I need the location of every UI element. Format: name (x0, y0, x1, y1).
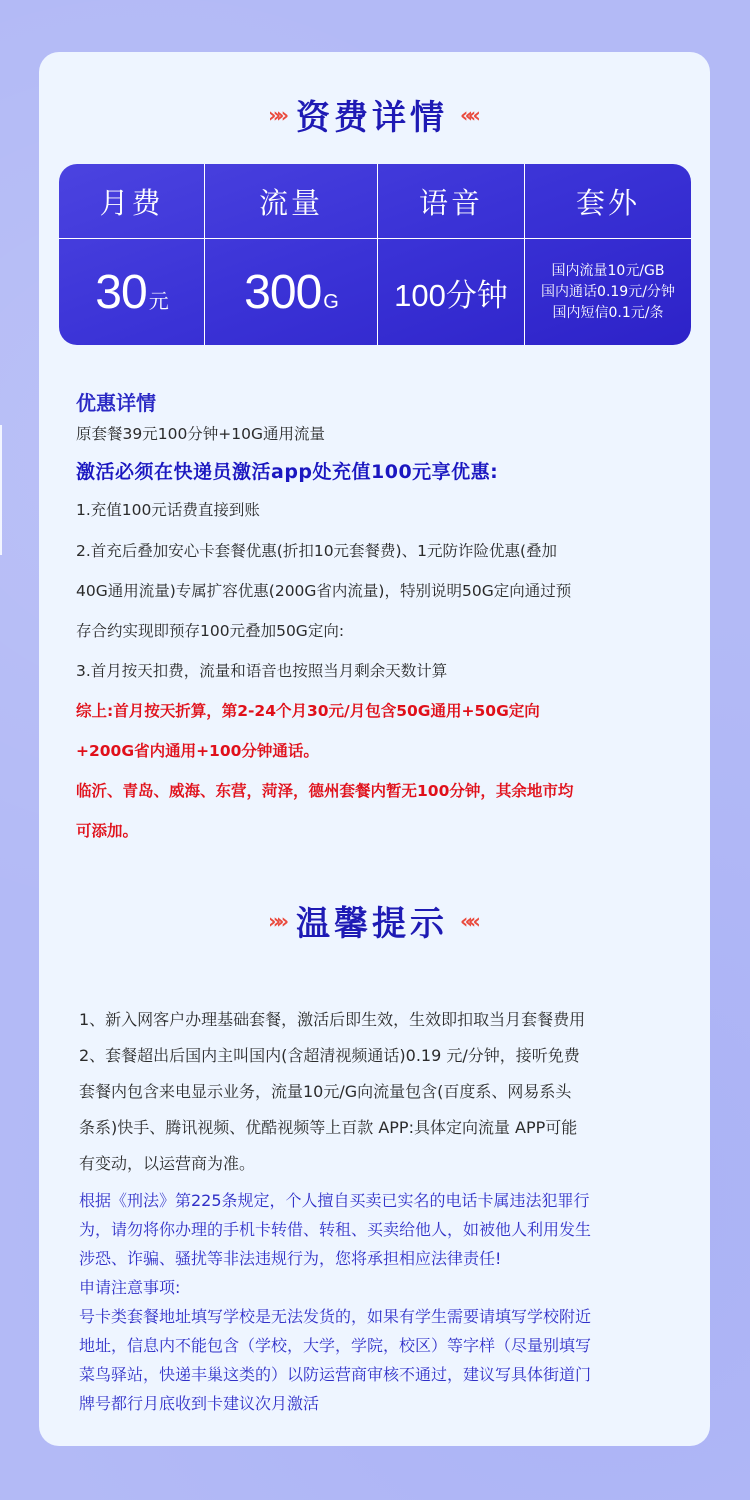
extra-sms-rate: 国内短信0.1元/条 (553, 303, 664, 324)
tips-section-title: 温馨提示 (296, 896, 448, 945)
summary-line-2: +200G省内通用+100分钟通话。 (76, 731, 696, 771)
tip-line-4: 条系)快手、腾讯视频、优酷视频等上百款 APP:具体定向流量 APP可能 (79, 1110, 699, 1146)
summary-line-1: 综上:首月按天折算，第2-24个月30元/月包含50G通用+50G定向 (76, 691, 696, 731)
double-chevron-right-icon: »» (268, 105, 284, 125)
tips-section-header: »» 温馨提示 «« (39, 896, 710, 945)
extra-data-rate: 国内流量10元/GB (552, 261, 665, 282)
tip-line-5: 有变动，以运营商为准。 (79, 1146, 699, 1182)
tip-line-1: 1、新入网客户办理基础套餐，激活后即生效，生效即扣取当月套餐费用 (79, 1002, 699, 1038)
promo-section: 优惠详情 原套餐39元100分钟+10G通用流量 激活必须在快递员激活app处充… (76, 388, 696, 851)
data-cell: 300 G (205, 239, 378, 345)
promo-item-1: 1.充值100元话费直接到账 (76, 492, 696, 528)
header-extra: 套外 (525, 164, 691, 239)
data-unit: G (323, 291, 338, 320)
plan-table: 月费 流量 语音 套外 30 元 300 G 100分钟 国内流量10元/GB … (59, 164, 691, 345)
voice-value: 100分钟 (378, 239, 525, 345)
header-monthly-fee: 月费 (59, 164, 205, 239)
pricing-section-header: »» 资费详情 «« (39, 90, 710, 139)
edge-divider (0, 425, 2, 555)
address-note-line-4: 牌号都行月底收到卡建议次月激活 (79, 1389, 699, 1418)
address-note-line-2: 地址，信息内不能包含（学校，大学，学院，校区）等字样（尽量别填写 (79, 1331, 699, 1360)
legal-warning-line-2: 为，请勿将你办理的手机卡转借、转租、买卖给他人，如被他人利用发生 (79, 1215, 699, 1244)
double-chevron-left-icon: «« (460, 911, 481, 931)
promo-item-2-line-1: 2.首充后叠加安心卡套餐优惠(折扣10元套餐费)、1元防诈险优惠(叠加 (76, 532, 696, 571)
monthly-fee-value: 30 (95, 265, 146, 320)
legal-warning-line-1: 根据《刑法》第225条规定，个人擅自买卖已实名的电话卡属违法犯罪行 (79, 1186, 699, 1215)
extra-call-rate: 国内通话0.19元/分钟 (541, 282, 675, 303)
header-data: 流量 (205, 164, 378, 239)
promo-title: 优惠详情 (76, 388, 696, 418)
tips-section: 1、新入网客户办理基础套餐，激活后即生效，生效即扣取当月套餐费用 2、套餐超出后… (79, 1002, 699, 1418)
promo-item-2-line-3: 存合约实现即预存100元叠加50G定向: (76, 611, 696, 651)
extra-charges-cell: 国内流量10元/GB 国内通话0.19元/分钟 国内短信0.1元/条 (525, 239, 691, 345)
tip-line-2: 2、套餐超出后国内主叫国内(含超清视频通话)0.19 元/分钟，接听免费 (79, 1038, 699, 1074)
address-note-line-3: 菜鸟驿站，快递丰巢这类的）以防运营商审核不通过，建议写具体街道门 (79, 1360, 699, 1389)
region-notice-line-1: 临沂、青岛、威海、东营，菏泽，德州套餐内暂无100分钟，其余地市均 (76, 771, 696, 811)
data-value: 300 (244, 265, 321, 320)
promo-item-3: 3.首月按天扣费，流量和语音也按照当月剩余天数计算 (76, 651, 696, 691)
promo-item-2-line-2: 40G通用流量)专属扩容优惠(200G省内流量)，特别说明50G定向通过预 (76, 571, 696, 611)
address-note-line-1: 号卡类套餐地址填写学校是无法发货的，如果有学生需要请填写学校附近 (79, 1302, 699, 1331)
activation-notice: 激活必须在快递员激活app处充值100元享优惠: (76, 452, 696, 492)
monthly-fee-unit: 元 (149, 285, 168, 320)
tip-line-3: 套餐内包含来电显示业务，流量10元/G向流量包含(百度系、网易系头 (79, 1074, 699, 1110)
region-notice-line-2: 可添加。 (76, 811, 696, 851)
header-voice: 语音 (378, 164, 525, 239)
original-plan-text: 原套餐39元100分钟+10G通用流量 (76, 416, 696, 452)
legal-warning-line-3: 涉恐、诈骗、骚扰等非法违规行为，您将承担相应法律责任! (79, 1244, 699, 1273)
double-chevron-right-icon: »» (268, 911, 284, 931)
content-card: »» 资费详情 «« 月费 流量 语音 套外 30 元 300 G 100分钟 … (39, 52, 710, 1446)
monthly-fee-cell: 30 元 (59, 239, 205, 345)
double-chevron-left-icon: «« (460, 105, 481, 125)
pricing-section-title: 资费详情 (296, 90, 448, 139)
application-notes-title: 申请注意事项: (79, 1273, 699, 1302)
